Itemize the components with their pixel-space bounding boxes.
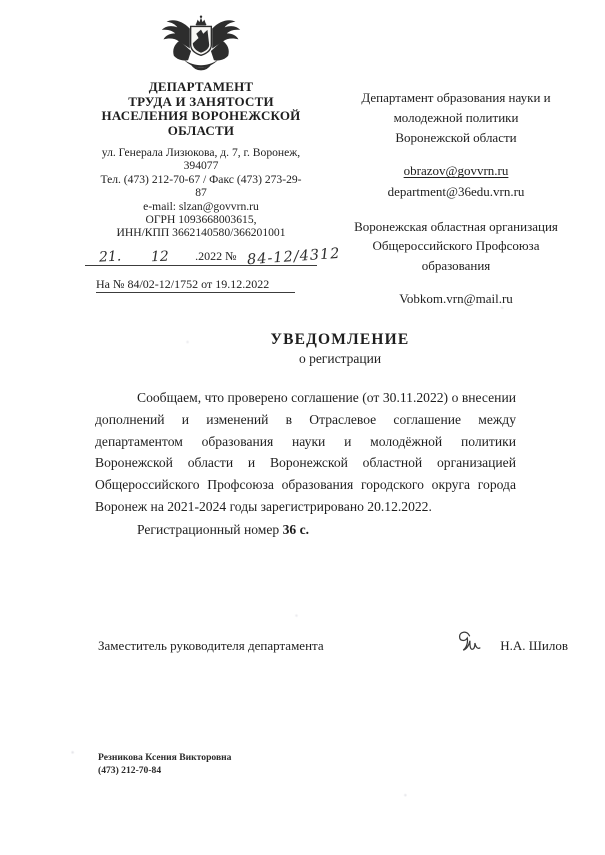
sender-address: ул. Генерала Лизюкова, д. 7, г. Воронеж, bbox=[85, 146, 317, 159]
document-title: УВЕДОМЛЕНИЕ о регистрации bbox=[95, 331, 585, 367]
signature-row: Заместитель руководителя департамента Н.… bbox=[98, 628, 568, 663]
title-subtitle: о регистрации bbox=[95, 351, 585, 367]
handwritten-month: 12 bbox=[151, 249, 169, 266]
recipient-email-primary: obrazov@govvrn.ru bbox=[330, 161, 582, 181]
letter-page: ДЕПАРТАМЕНТ ТРУДА И ЗАНЯТОСТИ НАСЕЛЕНИЯ … bbox=[0, 0, 605, 855]
voronezh-coat-of-arms-icon bbox=[85, 14, 317, 76]
handwritten-day: 21. bbox=[99, 248, 122, 265]
executor-phone: (473) 212-70-84 bbox=[98, 765, 231, 778]
sender-phone: Тел. (473) 212-70-67 / Факс (473) 273-29… bbox=[85, 173, 317, 186]
signer-name: Н.А. Шилов bbox=[500, 638, 568, 654]
body-paragraph: Сообщаем, что проверено соглашение (от 3… bbox=[95, 387, 516, 518]
recipient-email-secondary: department@36edu.vrn.ru bbox=[330, 182, 582, 202]
outgoing-date-number-line: 21. 12 .2022 № 84-12/4312 bbox=[85, 246, 317, 266]
sender-name-line: НАСЕЛЕНИЯ ВОРОНЕЖСКОЙ bbox=[85, 109, 317, 124]
registration-number-value: 36 с. bbox=[283, 522, 309, 537]
sender-name-line: ТРУДА И ЗАНЯТОСТИ bbox=[85, 95, 317, 110]
recipient-block: Департамент образования науки и молодежн… bbox=[330, 88, 582, 309]
sender-name-line: ОБЛАСТИ bbox=[85, 124, 317, 139]
sender-contacts: ул. Генерала Лизюкова, д. 7, г. Воронеж,… bbox=[85, 146, 317, 240]
sender-block: ДЕПАРТАМЕНТ ТРУДА И ЗАНЯТОСТИ НАСЕЛЕНИЯ … bbox=[85, 14, 317, 293]
recipient-dept-line: Воронежской области bbox=[330, 128, 582, 148]
sender-name-line: ДЕПАРТАМЕНТ bbox=[85, 80, 317, 95]
recipient-union: Воронежская областная организация Общеро… bbox=[330, 217, 582, 276]
printed-year-number-sign: .2022 № bbox=[195, 249, 236, 265]
executor-block: Резникова Ксения Викторовна (473) 212-70… bbox=[98, 752, 231, 778]
registration-number-label: Регистрационный номер bbox=[137, 522, 279, 537]
sender-phone-tail: 87 bbox=[85, 186, 317, 199]
signer-position: Заместитель руководителя департамента bbox=[98, 638, 324, 654]
recipient-dept-line: молодежной политики bbox=[330, 108, 582, 128]
letter-body: Сообщаем, что проверено соглашение (от 3… bbox=[95, 387, 516, 540]
handwritten-outgoing-number: 84-12/4312 bbox=[246, 246, 340, 268]
sender-address-zip: 394077 bbox=[85, 159, 317, 172]
handwritten-signature-icon bbox=[456, 628, 492, 663]
sender-email: e-mail: slzan@govvrn.ru bbox=[85, 200, 317, 213]
sender-inn-kpp: ИНН/КПП 3662140580/366201001 bbox=[85, 226, 317, 239]
recipient-emails: obrazov@govvrn.ru department@36edu.vrn.r… bbox=[330, 161, 582, 201]
recipient-union-line: Общероссийского Профсоюза bbox=[330, 236, 582, 256]
recipient-union-line: Воронежская областная организация bbox=[330, 217, 582, 237]
recipient-union-email: Vobkom.vrn@mail.ru bbox=[330, 289, 582, 309]
sender-name: ДЕПАРТАМЕНТ ТРУДА И ЗАНЯТОСТИ НАСЕЛЕНИЯ … bbox=[85, 80, 317, 139]
recipient-dept: Департамент образования науки и молодежн… bbox=[330, 88, 582, 148]
reference-number: На № 84/02-12/1752 от 19.12.2022 bbox=[96, 277, 295, 293]
recipient-union-line: образования bbox=[330, 256, 582, 276]
title-main: УВЕДОМЛЕНИЕ bbox=[95, 331, 585, 349]
executor-name: Резникова Ксения Викторовна bbox=[98, 752, 231, 765]
reference-line: На № 84/02-12/1752 от 19.12.2022 bbox=[85, 275, 317, 293]
sender-ogrn: ОГРН 1093668003615, bbox=[85, 213, 317, 226]
registration-number-line: Регистрационный номер 36 с. bbox=[95, 519, 516, 541]
recipient-dept-line: Департамент образования науки и bbox=[330, 88, 582, 108]
signature-area: Н.А. Шилов bbox=[456, 628, 568, 663]
